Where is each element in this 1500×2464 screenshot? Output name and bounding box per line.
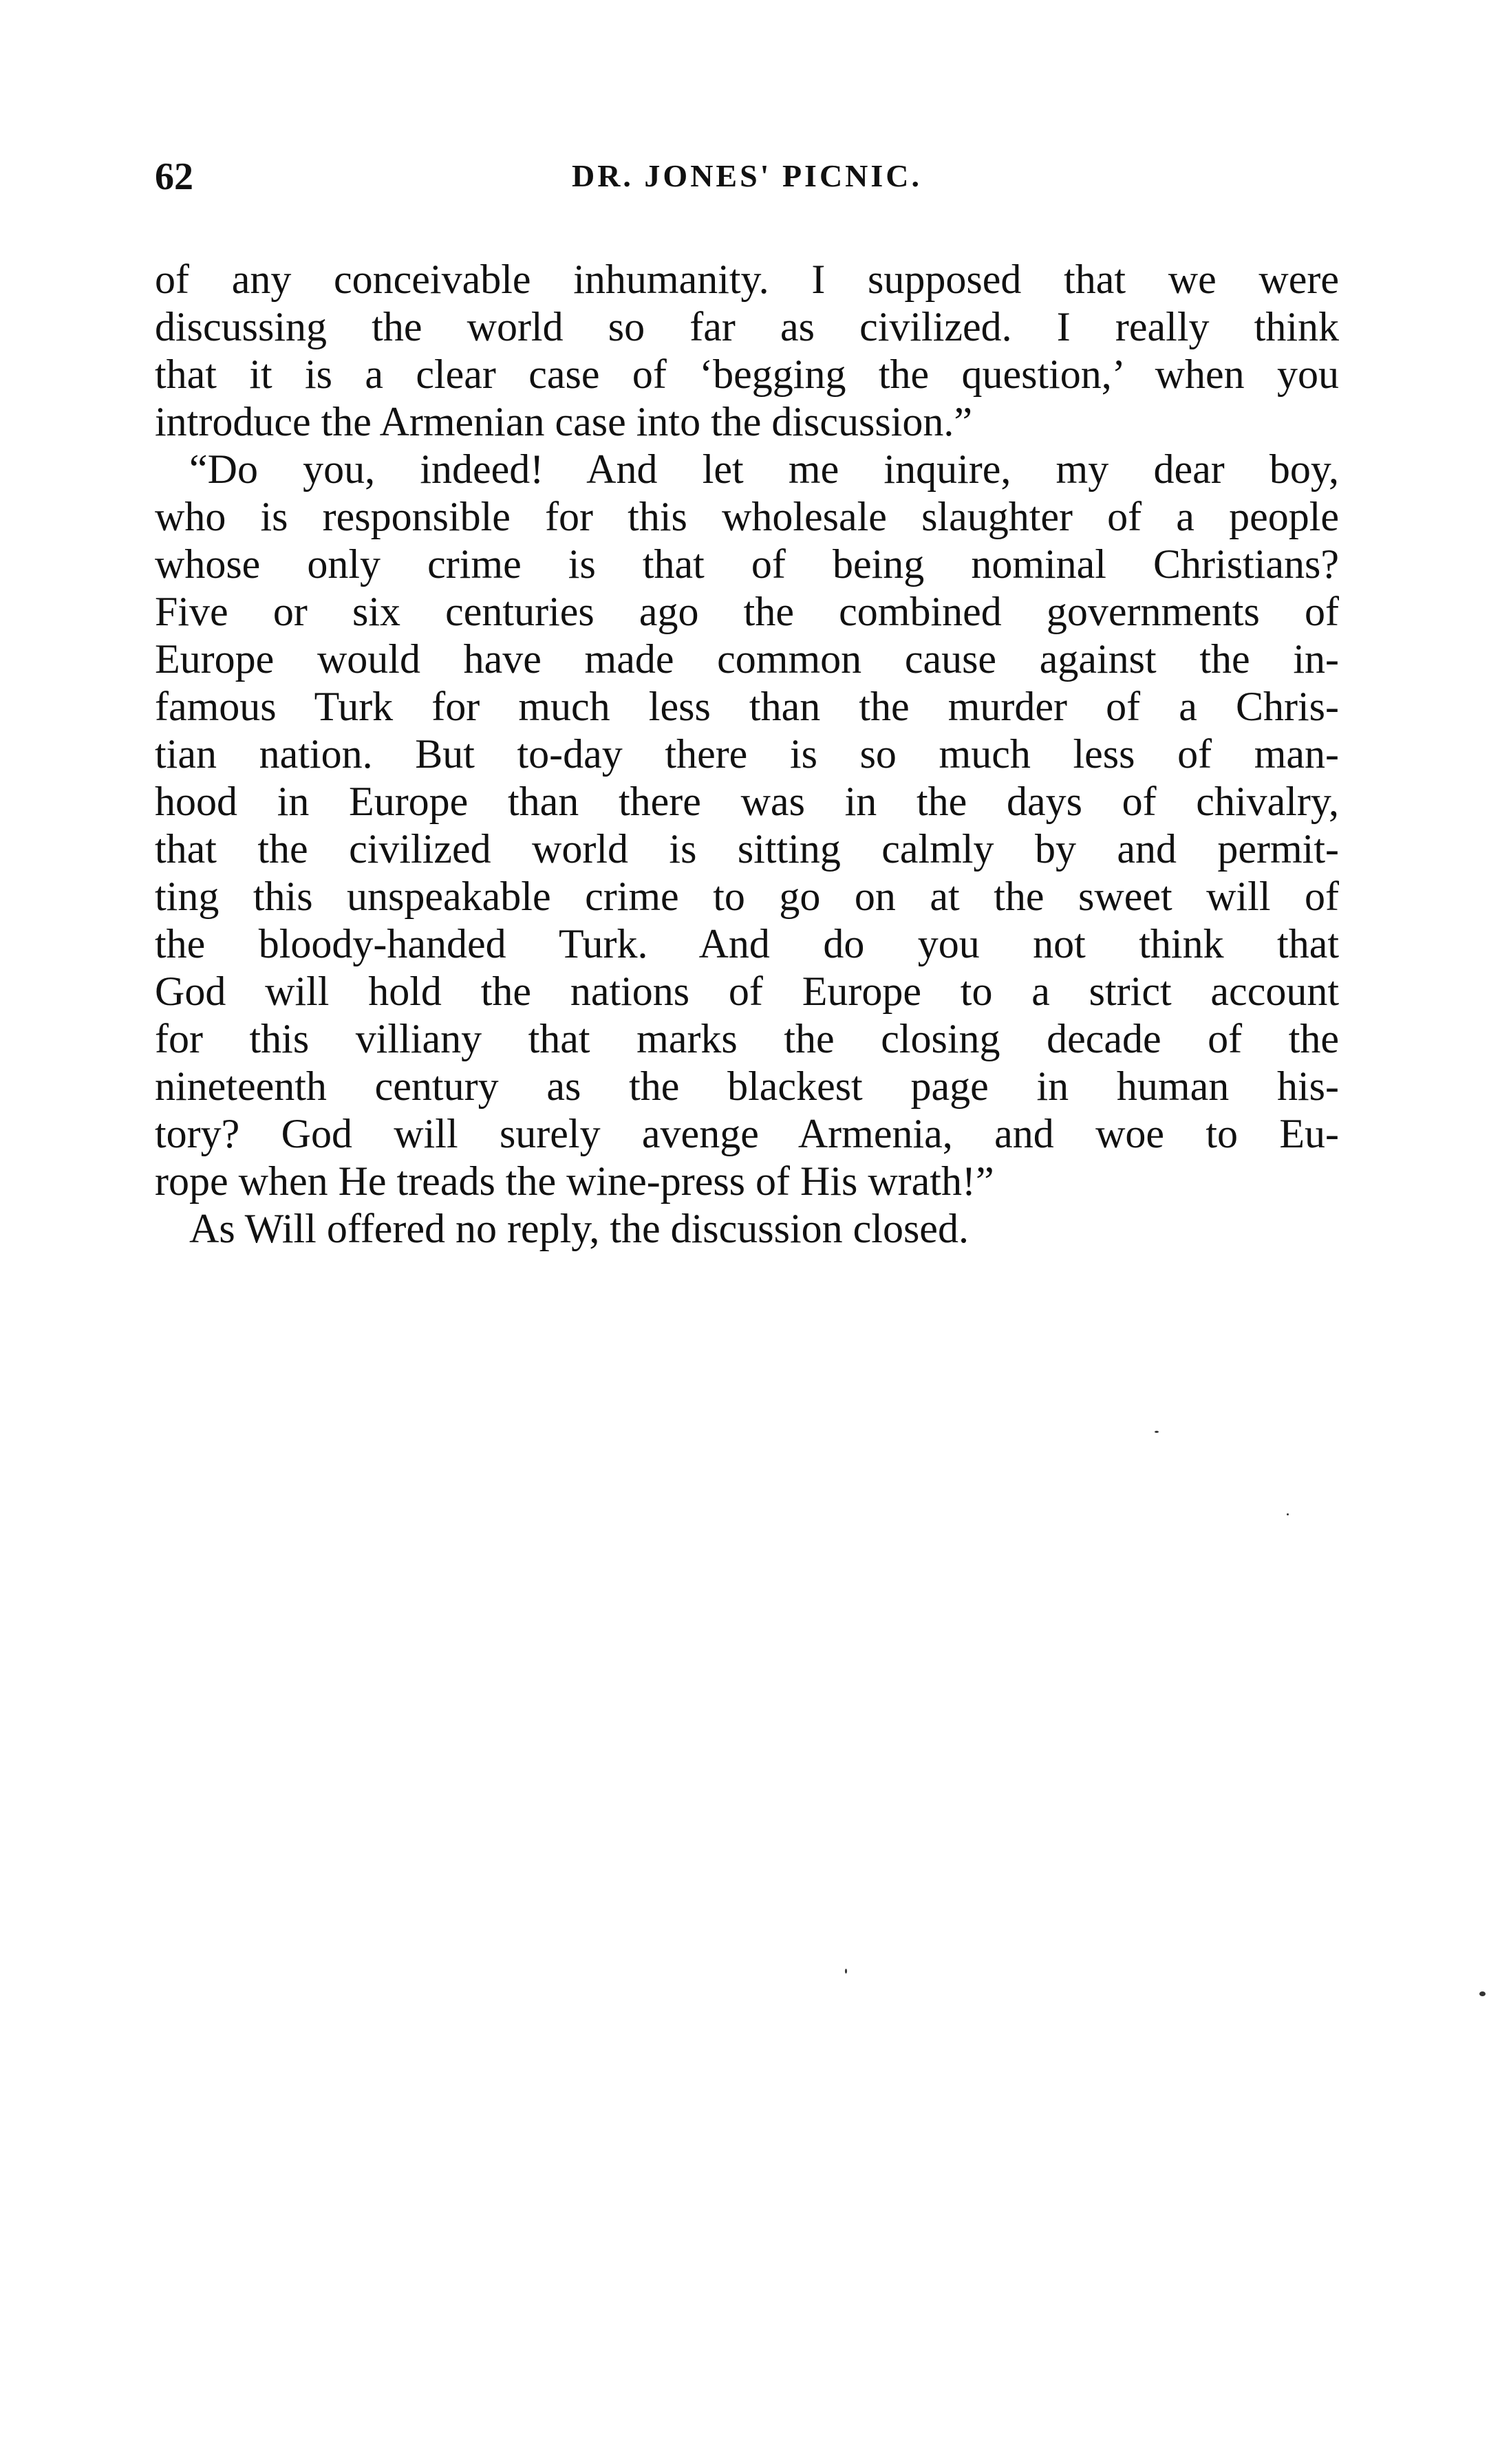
body-text: of any conceivable inhumanity. I suppose… — [155, 256, 1339, 1253]
scan-speck — [1287, 1513, 1289, 1515]
text-line: whose only crime is that of being nomina… — [155, 541, 1339, 588]
text-line: for this villiany that marks the closing… — [155, 1015, 1339, 1063]
scan-speck — [1479, 1991, 1486, 1996]
text-line: Europe would have made common cause agai… — [155, 636, 1339, 683]
page-header: 62 DR. JONES' PICNIC. — [155, 155, 1339, 203]
text-line: nineteenth century as the blackest page … — [155, 1063, 1339, 1110]
text-line: that the civilized world is sitting calm… — [155, 825, 1339, 873]
text-line: hood in Europe than there was in the day… — [155, 778, 1339, 825]
text-line: As Will offered no reply, the discussion… — [155, 1205, 1339, 1253]
text-line: “Do you, indeed! And let me inquire, my … — [155, 446, 1339, 493]
text-line: introduce the Armenian case into the dis… — [155, 398, 1339, 446]
text-line: rope when He treads the wine-press of Hi… — [155, 1158, 1339, 1205]
text-line: ting this unspeakable crime to go on at … — [155, 873, 1339, 920]
text-line: tian nation. But to-day there is so much… — [155, 731, 1339, 778]
text-line: Five or six centuries ago the combined g… — [155, 588, 1339, 636]
text-line: discussing the world so far as civilized… — [155, 303, 1339, 351]
text-line: God will hold the nations of Europe to a… — [155, 968, 1339, 1015]
text-line: that it is a clear case of ‘begging the … — [155, 351, 1339, 398]
text-line: the bloody-handed Turk. And do you not t… — [155, 920, 1339, 968]
text-line: of any conceivable inhumanity. I suppose… — [155, 256, 1339, 303]
text-line: tory? God will surely avenge Armenia, an… — [155, 1110, 1339, 1158]
scan-speck — [845, 1969, 847, 1974]
text-line: who is responsible for this wholesale sl… — [155, 493, 1339, 541]
scan-speck — [1155, 1431, 1159, 1433]
text-line: famous Turk for much less than the murde… — [155, 683, 1339, 731]
running-title: DR. JONES' PICNIC. — [155, 158, 1339, 194]
